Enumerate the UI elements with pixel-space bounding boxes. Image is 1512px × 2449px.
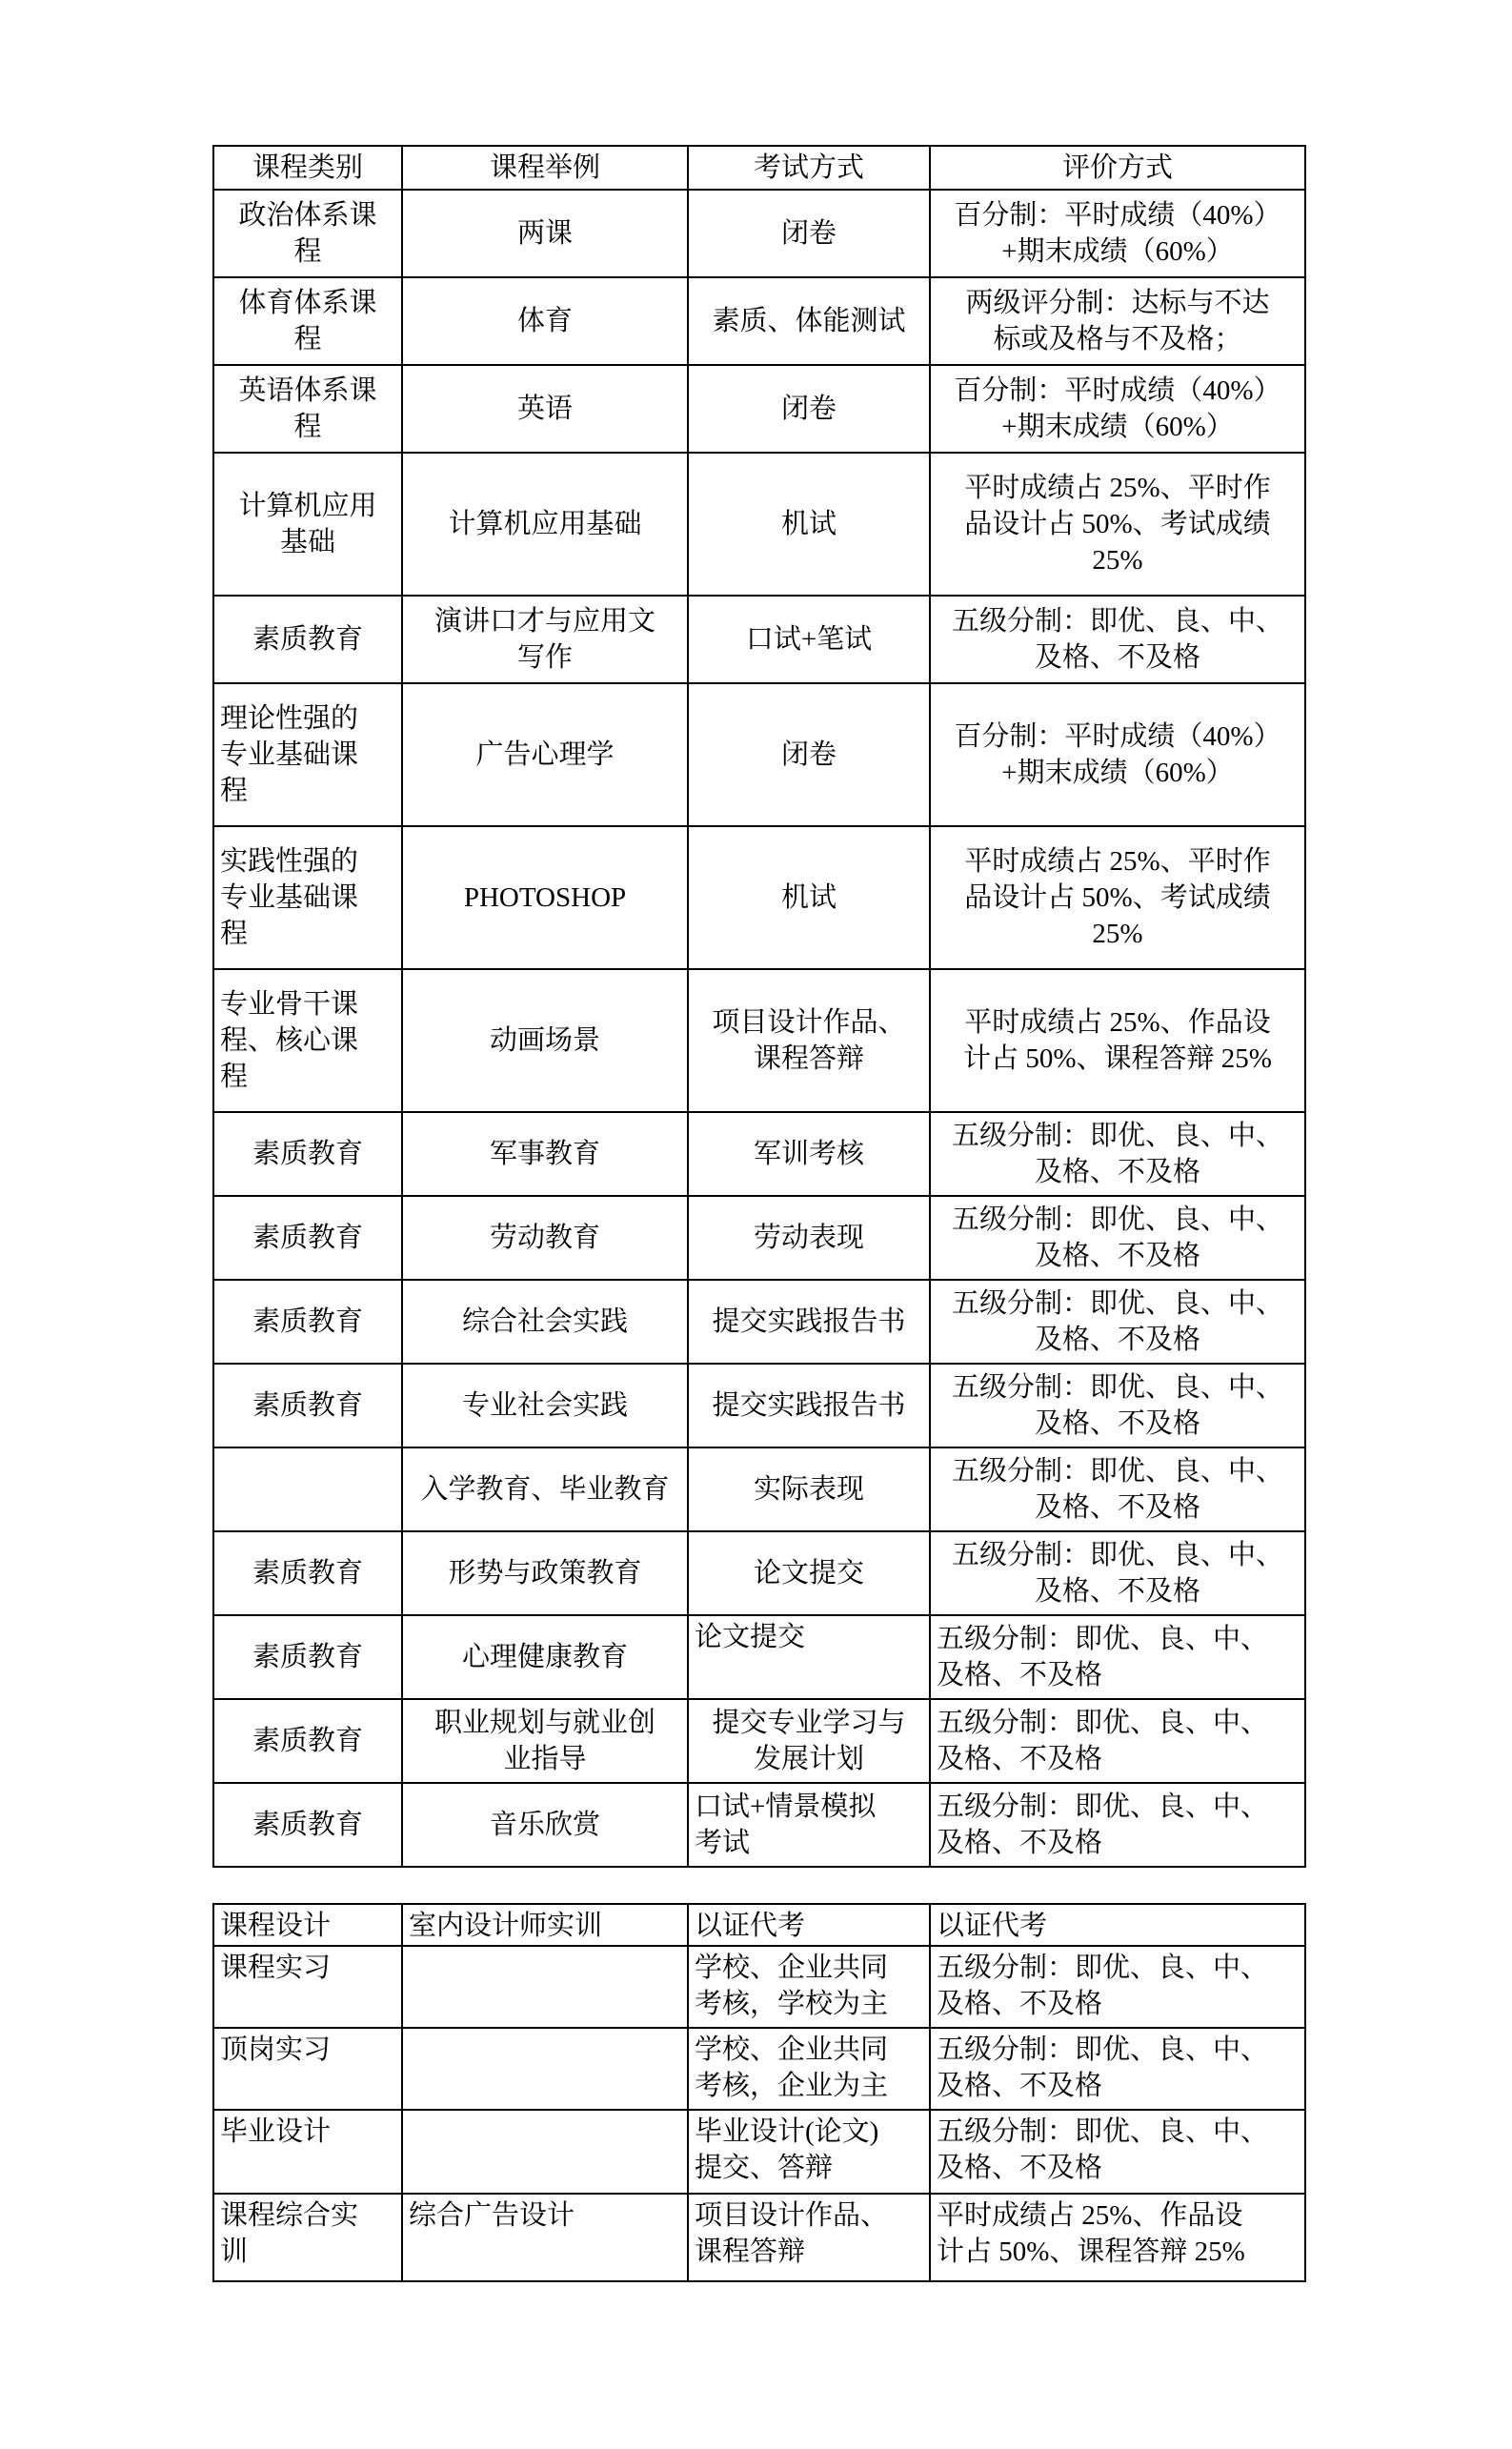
t1-header-cell-2: 考试方式 (688, 146, 930, 190)
t1-cell-r2c1: 体育 (402, 277, 688, 365)
t1-cell-r16c0: 素质教育 (213, 1699, 402, 1783)
t2-cell-r2c0: 顶岗实习 (213, 2028, 402, 2110)
t1-cell-r4c1: 计算机应用基础 (402, 453, 688, 596)
t1-cell-r5c2: 口试+笔试 (688, 596, 930, 683)
t1-row-17: 素质教育音乐欣赏口试+情景模拟 考试五级分制：即优、良、中、 及格、不及格 (213, 1783, 1305, 1867)
t2-cell-r3c2: 毕业设计(论文) 提交、答辩 (688, 2110, 930, 2194)
t1-row-4: 计算机应用 基础计算机应用基础机试平时成绩占 25%、平时作 品设计占 50%、… (213, 453, 1305, 596)
t2-cell-r3c0: 毕业设计 (213, 2110, 402, 2194)
t1-row-6: 理论性强的 专业基础课 程广告心理学闭卷百分制：平时成绩（40%） +期末成绩（… (213, 683, 1305, 826)
t1-row-2: 体育体系课 程体育素质、体能测试两级评分制：达标与不达 标或及格与不及格； (213, 277, 1305, 365)
t2-cell-r0c0: 课程设计 (213, 1904, 402, 1946)
t2-cell-r3c1 (402, 2110, 688, 2194)
t1-cell-r16c2: 提交专业学习与 发展计划 (688, 1699, 930, 1783)
t1-cell-r13c1: 入学教育、毕业教育 (402, 1447, 688, 1531)
t1-cell-r4c0: 计算机应用 基础 (213, 453, 402, 596)
t1-cell-r3c2: 闭卷 (688, 365, 930, 453)
t1-row-10: 素质教育劳动教育劳动表现五级分制：即优、良、中、 及格、不及格 (213, 1196, 1305, 1280)
t2-cell-r4c0: 课程综合实 训 (213, 2194, 402, 2281)
t1-cell-r10c1: 劳动教育 (402, 1196, 688, 1280)
t1-cell-r6c2: 闭卷 (688, 683, 930, 826)
t1-cell-r10c2: 劳动表现 (688, 1196, 930, 1280)
t2-cell-r1c3: 五级分制：即优、良、中、 及格、不及格 (930, 1946, 1305, 2028)
t1-row-13: 入学教育、毕业教育实际表现五级分制：即优、良、中、 及格、不及格 (213, 1447, 1305, 1531)
t1-cell-r9c2: 军训考核 (688, 1112, 930, 1196)
t1-row-9: 素质教育军事教育军训考核五级分制：即优、良、中、 及格、不及格 (213, 1112, 1305, 1196)
t1-cell-r8c0: 专业骨干课 程、核心课 程 (213, 969, 402, 1112)
t2-cell-r2c3: 五级分制：即优、良、中、 及格、不及格 (930, 2028, 1305, 2110)
t1-cell-r15c2: 论文提交 (688, 1615, 930, 1699)
t1-cell-r6c3: 百分制：平时成绩（40%） +期末成绩（60%） (930, 683, 1305, 826)
t1-cell-r12c2: 提交实践报告书 (688, 1364, 930, 1447)
t1-row-12: 素质教育专业社会实践提交实践报告书五级分制：即优、良、中、 及格、不及格 (213, 1364, 1305, 1447)
t1-cell-r15c0: 素质教育 (213, 1615, 402, 1699)
t2-cell-r2c2: 学校、企业共同 考核，企业为主 (688, 2028, 930, 2110)
t1-cell-r15c1: 心理健康教育 (402, 1615, 688, 1699)
t1-cell-r8c3: 平时成绩占 25%、作品设 计占 50%、课程答辩 25% (930, 969, 1305, 1112)
t1-cell-r14c2: 论文提交 (688, 1531, 930, 1615)
t1-cell-r14c1: 形势与政策教育 (402, 1531, 688, 1615)
t2-row-0: 课程设计室内设计师实训以证代考以证代考 (213, 1904, 1305, 1946)
t1-cell-r17c1: 音乐欣赏 (402, 1783, 688, 1867)
t1-row-5: 素质教育演讲口才与应用文 写作口试+笔试五级分制：即优、良、中、 及格、不及格 (213, 596, 1305, 683)
t1-row-1: 政治体系课 程两课闭卷百分制：平时成绩（40%） +期末成绩（60%） (213, 190, 1305, 277)
t1-cell-r11c3: 五级分制：即优、良、中、 及格、不及格 (930, 1280, 1305, 1364)
t1-cell-r11c0: 素质教育 (213, 1280, 402, 1364)
t1-header-cell-1: 课程举例 (402, 146, 688, 190)
t1-cell-r11c2: 提交实践报告书 (688, 1280, 930, 1364)
t1-cell-r15c3: 五级分制：即优、良、中、 及格、不及格 (930, 1615, 1305, 1699)
t1-cell-r10c0: 素质教育 (213, 1196, 402, 1280)
t1-cell-r14c3: 五级分制：即优、良、中、 及格、不及格 (930, 1531, 1305, 1615)
t1-row-8: 专业骨干课 程、核心课 程动画场景项目设计作品、 课程答辩平时成绩占 25%、作… (213, 969, 1305, 1112)
t1-cell-r7c2: 机试 (688, 826, 930, 969)
t1-cell-r1c0: 政治体系课 程 (213, 190, 402, 277)
t1-cell-r11c1: 综合社会实践 (402, 1280, 688, 1364)
t1-cell-r12c0: 素质教育 (213, 1364, 402, 1447)
t1-cell-r9c3: 五级分制：即优、良、中、 及格、不及格 (930, 1112, 1305, 1196)
t1-cell-r2c0: 体育体系课 程 (213, 277, 402, 365)
t1-row-7: 实践性强的 专业基础课 程PHOTOSHOP机试平时成绩占 25%、平时作 品设… (213, 826, 1305, 969)
document-page: { "page": { "background": "#ffffff", "te… (0, 0, 1512, 2449)
t1-cell-r2c2: 素质、体能测试 (688, 277, 930, 365)
t1-cell-r7c1: PHOTOSHOP (402, 826, 688, 969)
t1-header-row: 课程类别课程举例考试方式评价方式 (213, 146, 1305, 190)
t1-cell-r8c1: 动画场景 (402, 969, 688, 1112)
t1-cell-r6c0: 理论性强的 专业基础课 程 (213, 683, 402, 826)
t1-cell-r1c3: 百分制：平时成绩（40%） +期末成绩（60%） (930, 190, 1305, 277)
t1-cell-r12c1: 专业社会实践 (402, 1364, 688, 1447)
t1-cell-r3c1: 英语 (402, 365, 688, 453)
t2-cell-r4c1: 综合广告设计 (402, 2194, 688, 2281)
t2-cell-r1c1 (402, 1946, 688, 2028)
t1-cell-r7c0: 实践性强的 专业基础课 程 (213, 826, 402, 969)
t1-cell-r7c3: 平时成绩占 25%、平时作 品设计占 50%、考试成绩 25% (930, 826, 1305, 969)
t1-cell-r4c2: 机试 (688, 453, 930, 596)
t1-cell-r17c3: 五级分制：即优、良、中、 及格、不及格 (930, 1783, 1305, 1867)
t2-row-3: 毕业设计毕业设计(论文) 提交、答辩五级分制：即优、良、中、 及格、不及格 (213, 2110, 1305, 2194)
t1-cell-r16c1: 职业规划与就业创 业指导 (402, 1699, 688, 1783)
t1-cell-r17c0: 素质教育 (213, 1783, 402, 1867)
t1-cell-r9c0: 素质教育 (213, 1112, 402, 1196)
t2-cell-r0c3: 以证代考 (930, 1904, 1305, 1946)
t2-cell-r0c2: 以证代考 (688, 1904, 930, 1946)
t2-row-2: 顶岗实习学校、企业共同 考核，企业为主五级分制：即优、良、中、 及格、不及格 (213, 2028, 1305, 2110)
t1-row-15: 素质教育心理健康教育论文提交五级分制：即优、良、中、 及格、不及格 (213, 1615, 1305, 1699)
t1-header-cell-3: 评价方式 (930, 146, 1305, 190)
t1-cell-r17c2: 口试+情景模拟 考试 (688, 1783, 930, 1867)
t1-row-14: 素质教育形势与政策教育论文提交五级分制：即优、良、中、 及格、不及格 (213, 1531, 1305, 1615)
t1-row-3: 英语体系课 程英语闭卷百分制：平时成绩（40%） +期末成绩（60%） (213, 365, 1305, 453)
t1-row-16: 素质教育职业规划与就业创 业指导提交专业学习与 发展计划五级分制：即优、良、中、… (213, 1699, 1305, 1783)
t1-header-cell-0: 课程类别 (213, 146, 402, 190)
practice-course-table: 课程设计室内设计师实训以证代考以证代考课程实习学校、企业共同 考核，学校为主五级… (212, 1903, 1306, 2282)
t1-cell-r6c1: 广告心理学 (402, 683, 688, 826)
course-evaluation-table: 课程类别课程举例考试方式评价方式政治体系课 程两课闭卷百分制：平时成绩（40%）… (212, 145, 1306, 1868)
t1-cell-r5c3: 五级分制：即优、良、中、 及格、不及格 (930, 596, 1305, 683)
t1-cell-r1c2: 闭卷 (688, 190, 930, 277)
t1-row-11: 素质教育综合社会实践提交实践报告书五级分制：即优、良、中、 及格、不及格 (213, 1280, 1305, 1364)
t2-cell-r1c0: 课程实习 (213, 1946, 402, 2028)
t1-cell-r16c3: 五级分制：即优、良、中、 及格、不及格 (930, 1699, 1305, 1783)
t1-cell-r5c0: 素质教育 (213, 596, 402, 683)
t1-cell-r9c1: 军事教育 (402, 1112, 688, 1196)
t1-cell-r13c2: 实际表现 (688, 1447, 930, 1531)
t1-cell-r3c3: 百分制：平时成绩（40%） +期末成绩（60%） (930, 365, 1305, 453)
t1-cell-r2c3: 两级评分制：达标与不达 标或及格与不及格； (930, 277, 1305, 365)
t2-cell-r4c3: 平时成绩占 25%、作品设 计占 50%、课程答辩 25% (930, 2194, 1305, 2281)
t1-cell-r5c1: 演讲口才与应用文 写作 (402, 596, 688, 683)
t2-cell-r3c3: 五级分制：即优、良、中、 及格、不及格 (930, 2110, 1305, 2194)
t2-cell-r4c2: 项目设计作品、 课程答辩 (688, 2194, 930, 2281)
t2-row-4: 课程综合实 训综合广告设计项目设计作品、 课程答辩平时成绩占 25%、作品设 计… (213, 2194, 1305, 2281)
t1-cell-r8c2: 项目设计作品、 课程答辩 (688, 969, 930, 1112)
t1-cell-r14c0: 素质教育 (213, 1531, 402, 1615)
t2-cell-r1c2: 学校、企业共同 考核，学校为主 (688, 1946, 930, 2028)
t1-cell-r13c3: 五级分制：即优、良、中、 及格、不及格 (930, 1447, 1305, 1531)
t1-cell-r4c3: 平时成绩占 25%、平时作 品设计占 50%、考试成绩 25% (930, 453, 1305, 596)
t2-cell-r0c1: 室内设计师实训 (402, 1904, 688, 1946)
t1-cell-r12c3: 五级分制：即优、良、中、 及格、不及格 (930, 1364, 1305, 1447)
t1-cell-r13c0 (213, 1447, 402, 1531)
t2-row-1: 课程实习学校、企业共同 考核，学校为主五级分制：即优、良、中、 及格、不及格 (213, 1946, 1305, 2028)
t2-cell-r2c1 (402, 2028, 688, 2110)
t1-cell-r10c3: 五级分制：即优、良、中、 及格、不及格 (930, 1196, 1305, 1280)
t1-cell-r3c0: 英语体系课 程 (213, 365, 402, 453)
t1-cell-r1c1: 两课 (402, 190, 688, 277)
